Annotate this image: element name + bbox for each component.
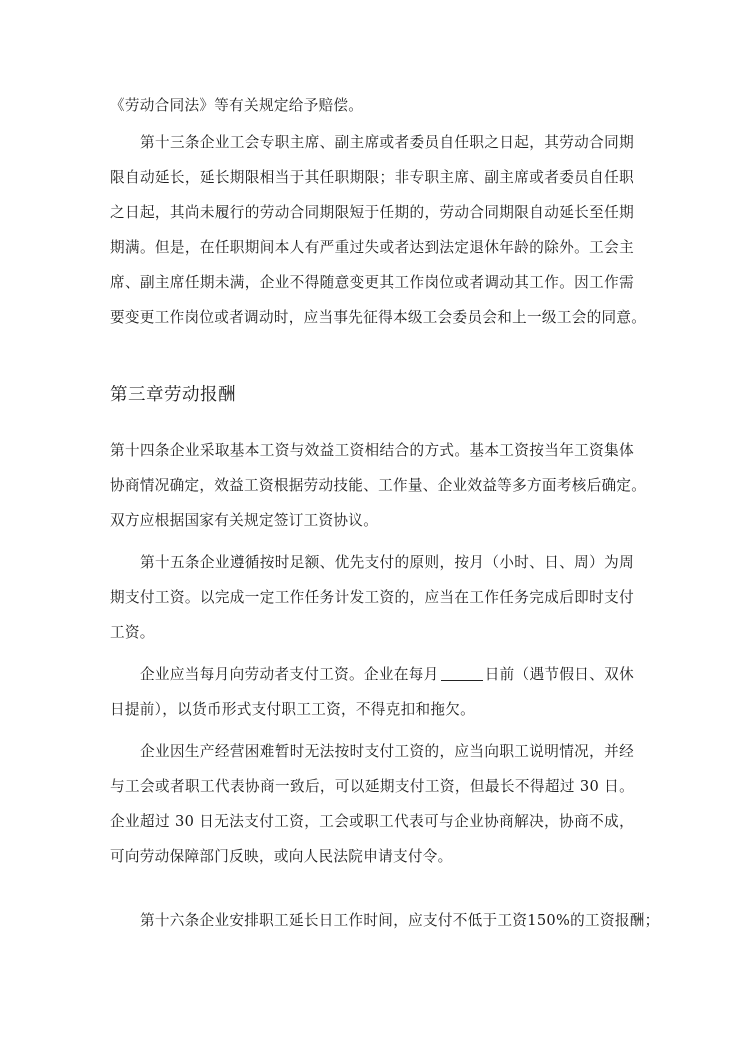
paragraph-line: 与工会或者职工代表协商一致后，可以延期支付工资，但最长不得超过 30 日。 bbox=[110, 777, 634, 797]
paragraph-line: 可向劳动保障部门反映，或向人民法院申请支付令。 bbox=[110, 847, 634, 867]
paragraph-line: 期满。但是，在任职期间本人有严重过失或者达到法定退休年龄的除外。工会主 bbox=[110, 238, 634, 258]
paragraph-line: 企业超过 30 日无法支付工资，工会或职工代表可与企业协商解决，协商不成， bbox=[110, 812, 634, 832]
paragraph-line: 第十三条企业工会专职主席、副主席或者委员自任职之日起，其劳动合同期 bbox=[140, 133, 634, 153]
paragraph-line: 第十五条企业遵循按时足额、优先支付的原则，按月（小时、日、周）为周 bbox=[140, 553, 634, 573]
paragraph-line: 第十六条企业安排职工延长日工作时间，应支付不低于工资150%的工资报酬； bbox=[140, 911, 634, 931]
paragraph-line: 期支付工资。以完成一定工作任务计发工资的，应当在工作任务完成后即时支付 bbox=[110, 588, 634, 608]
paragraph-line: 企业因生产经营困难暂时无法按时支付工资的，应当向职工说明情况，并经 bbox=[140, 742, 634, 762]
chapter-heading: 第三章劳动报酬 bbox=[110, 383, 236, 407]
text-before-blank: 企业应当每月向劳动者支付工资。企业在每月 bbox=[140, 666, 439, 683]
paragraph-line: 席、副主席任期未满，企业不得随意变更其工作岗位或者调动其工作。因工作需 bbox=[110, 273, 634, 293]
paragraph-line: 要变更工作岗位或者调动时，应当事先征得本级工会委员会和上一级工会的同意。 bbox=[110, 308, 634, 328]
paragraph-line: 双方应根据国家有关规定签订工资协议。 bbox=[110, 511, 634, 531]
text-after-blank: 日前（遇节假日、双休 bbox=[485, 666, 634, 683]
paragraph-line: 第十四条企业采取基本工资与效益工资相结合的方式。基本工资按当年工资集体 bbox=[110, 441, 634, 461]
fill-in-blank bbox=[441, 666, 483, 681]
paragraph-line: 日提前），以货币形式支付职工工资，不得克扣和拖欠。 bbox=[110, 700, 634, 720]
paragraph-line: 之日起，其尚未履行的劳动合同期限短于任期的，劳动合同期限自动延长至任期 bbox=[110, 203, 634, 223]
paragraph-line-with-blank: 企业应当每月向劳动者支付工资。企业在每月日前（遇节假日、双休 bbox=[140, 665, 634, 685]
paragraph-line: 限自动延长，延长期限相当于其任职期限；非专职主席、副主席或者委员自任职 bbox=[110, 168, 634, 188]
paragraph-line: 工资。 bbox=[110, 623, 634, 643]
document-page: 《劳动合同法》等有关规定给予赔偿。 第十三条企业工会专职主席、副主席或者委员自任… bbox=[0, 0, 744, 1052]
paragraph-line: 协商情况确定，效益工资根据劳动技能、工作量、企业效益等多方面考核后确定。 bbox=[110, 476, 634, 496]
paragraph-line: 《劳动合同法》等有关规定给予赔偿。 bbox=[110, 96, 634, 116]
